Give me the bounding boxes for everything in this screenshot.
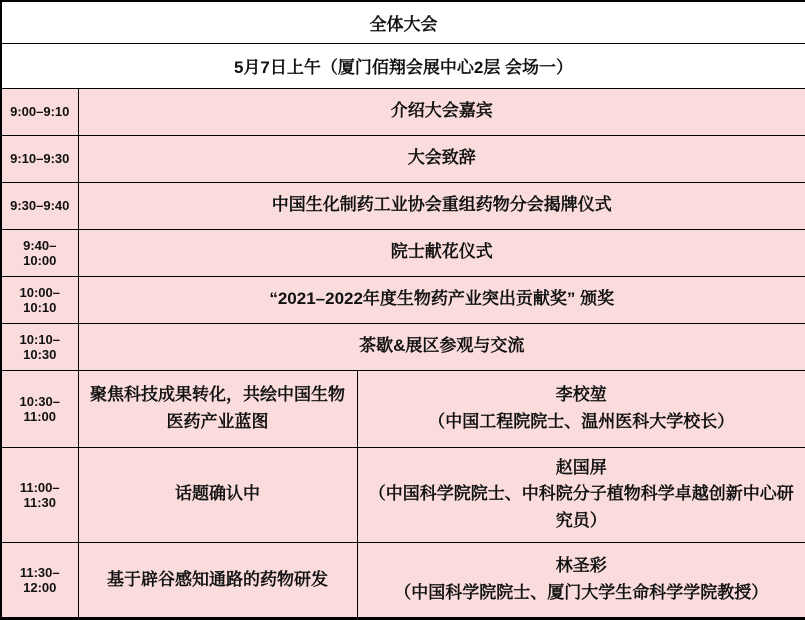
- time-cell: 11:00–11:30: [1, 447, 78, 542]
- speaker-name: 李校堃: [366, 382, 798, 408]
- time-cell: 9:00–9:10: [1, 88, 78, 135]
- event-cell: 院士献花仪式: [78, 229, 805, 276]
- session-header-row: 5月7日上午（厦门佰翔会展中心2层 会场一）: [1, 43, 805, 88]
- speaker-cell: 李校堃 （中国工程院院士、温州医科大学校长）: [357, 370, 805, 447]
- event-cell: 介绍大会嘉宾: [78, 88, 805, 135]
- event-cell: “2021–2022年度生物药产业突出贡献奖” 颁奖: [78, 276, 805, 323]
- table-row: 10:00–10:10 “2021–2022年度生物药产业突出贡献奖” 颁奖: [1, 276, 805, 323]
- speaker-name: 林圣彩: [366, 553, 798, 579]
- table-row: 9:30–9:40 中国生化制药工业协会重组药物分会揭牌仪式: [1, 182, 805, 229]
- topic-cell: 聚焦科技成果转化，共绘中国生物医药产业蓝图: [78, 370, 357, 447]
- speaker-affiliation: （中国工程院院士、温州医科大学校长）: [366, 409, 798, 435]
- time-cell: 9:30–9:40: [1, 182, 78, 229]
- table-row: 10:10–10:30 茶歇&展区参观与交流: [1, 323, 805, 370]
- table-title-row: 全体大会: [1, 1, 805, 43]
- time-cell: 10:30–11:00: [1, 370, 78, 447]
- event-cell: 茶歇&展区参观与交流: [78, 323, 805, 370]
- table-row: 9:40–10:00 院士献花仪式: [1, 229, 805, 276]
- table-row: 10:30–11:00 聚焦科技成果转化，共绘中国生物医药产业蓝图 李校堃 （中…: [1, 370, 805, 447]
- table-row: 9:10–9:30 大会致辞: [1, 135, 805, 182]
- topic-cell: 话题确认中: [78, 447, 357, 542]
- speaker-cell: 赵国屏 （中国科学院院士、中科院分子植物科学卓越创新中心研究员）: [357, 447, 805, 542]
- session-header: 5月7日上午（厦门佰翔会展中心2层 会场一）: [1, 43, 805, 88]
- time-cell: 9:10–9:30: [1, 135, 78, 182]
- table-row: 9:00–9:10 介绍大会嘉宾: [1, 88, 805, 135]
- event-cell: 中国生化制药工业协会重组药物分会揭牌仪式: [78, 182, 805, 229]
- time-cell: 10:10–10:30: [1, 323, 78, 370]
- table-row: 11:30–12:00 基于辟谷感知通路的药物研发 林圣彩 （中国科学院院士、厦…: [1, 542, 805, 619]
- event-cell: 大会致辞: [78, 135, 805, 182]
- page-title: 全体大会: [1, 1, 805, 43]
- agenda-table: 全体大会 5月7日上午（厦门佰翔会展中心2层 会场一） 9:00–9:10 介绍…: [0, 0, 805, 620]
- time-cell: 10:00–10:10: [1, 276, 78, 323]
- speaker-affiliation: （中国科学院院士、厦门大学生命科学学院教授）: [366, 580, 798, 606]
- speaker-name: 赵国屏: [366, 455, 798, 481]
- speaker-cell: 林圣彩 （中国科学院院士、厦门大学生命科学学院教授）: [357, 542, 805, 619]
- time-cell: 11:30–12:00: [1, 542, 78, 619]
- time-cell: 9:40–10:00: [1, 229, 78, 276]
- table-row: 11:00–11:30 话题确认中 赵国屏 （中国科学院院士、中科院分子植物科学…: [1, 447, 805, 542]
- speaker-affiliation: （中国科学院院士、中科院分子植物科学卓越创新中心研究员）: [366, 481, 798, 534]
- topic-cell: 基于辟谷感知通路的药物研发: [78, 542, 357, 619]
